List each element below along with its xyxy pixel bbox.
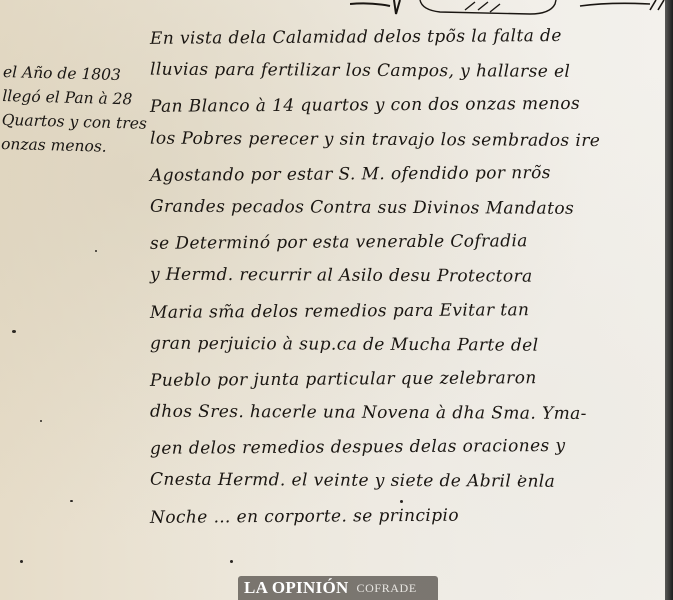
manuscript-line: dhos Sres. hacerle una Novena à dha Sma.… bbox=[150, 395, 670, 432]
manuscript-body: En vista dela Calamidad delos tpõs la fa… bbox=[150, 20, 670, 533]
top-flourish-drawing bbox=[350, 0, 670, 20]
watermark-section: COFRADE bbox=[357, 581, 417, 596]
manuscript-line: los Pobres perecer y sin travajo los sem… bbox=[150, 121, 670, 158]
manuscript-line: Cnesta Hermd. el veinte y siete de Abril… bbox=[150, 463, 670, 500]
manuscript-line: gran perjuicio à sup.ca de Mucha Parte d… bbox=[150, 326, 670, 363]
manuscript-line: Maria sm̃a delos remedios para Evitar ta… bbox=[150, 292, 670, 330]
manuscript-line: gen delos remedios despues delas oracion… bbox=[150, 428, 670, 466]
manuscript-line: se Determinó por esta venerable Cofradia bbox=[150, 223, 670, 261]
manuscript-line: Noche … en corporte. se principio bbox=[150, 497, 670, 535]
watermark-brand: LA OPINIÓN bbox=[244, 578, 349, 598]
manuscript-line: Grandes pecados Contra sus Divinos Manda… bbox=[150, 190, 670, 227]
margin-annotation: el Año de 1803 llegó el Pan à 28 Quartos… bbox=[1, 60, 158, 160]
manuscript-line: Pan Blanco à 14 quartos y con dos onzas … bbox=[150, 87, 670, 125]
manuscript-line: lluvias para fertilizar los Campos, y ha… bbox=[150, 53, 670, 90]
publisher-watermark: LA OPINIÓN COFRADE bbox=[238, 576, 438, 600]
manuscript-line: Agostando por estar S. M. ofendido por n… bbox=[150, 155, 670, 193]
manuscript-line: y Hermd. recurrir al Asilo desu Protecto… bbox=[150, 258, 670, 295]
margin-line: onzas menos. bbox=[1, 132, 157, 160]
manuscript-page: el Año de 1803 llegó el Pan à 28 Quartos… bbox=[0, 0, 673, 600]
page-edge-shadow bbox=[665, 0, 673, 600]
manuscript-line: Pueblo por junta particular que zelebrar… bbox=[150, 360, 670, 398]
manuscript-line: En vista dela Calamidad delos tpõs la fa… bbox=[150, 18, 670, 56]
